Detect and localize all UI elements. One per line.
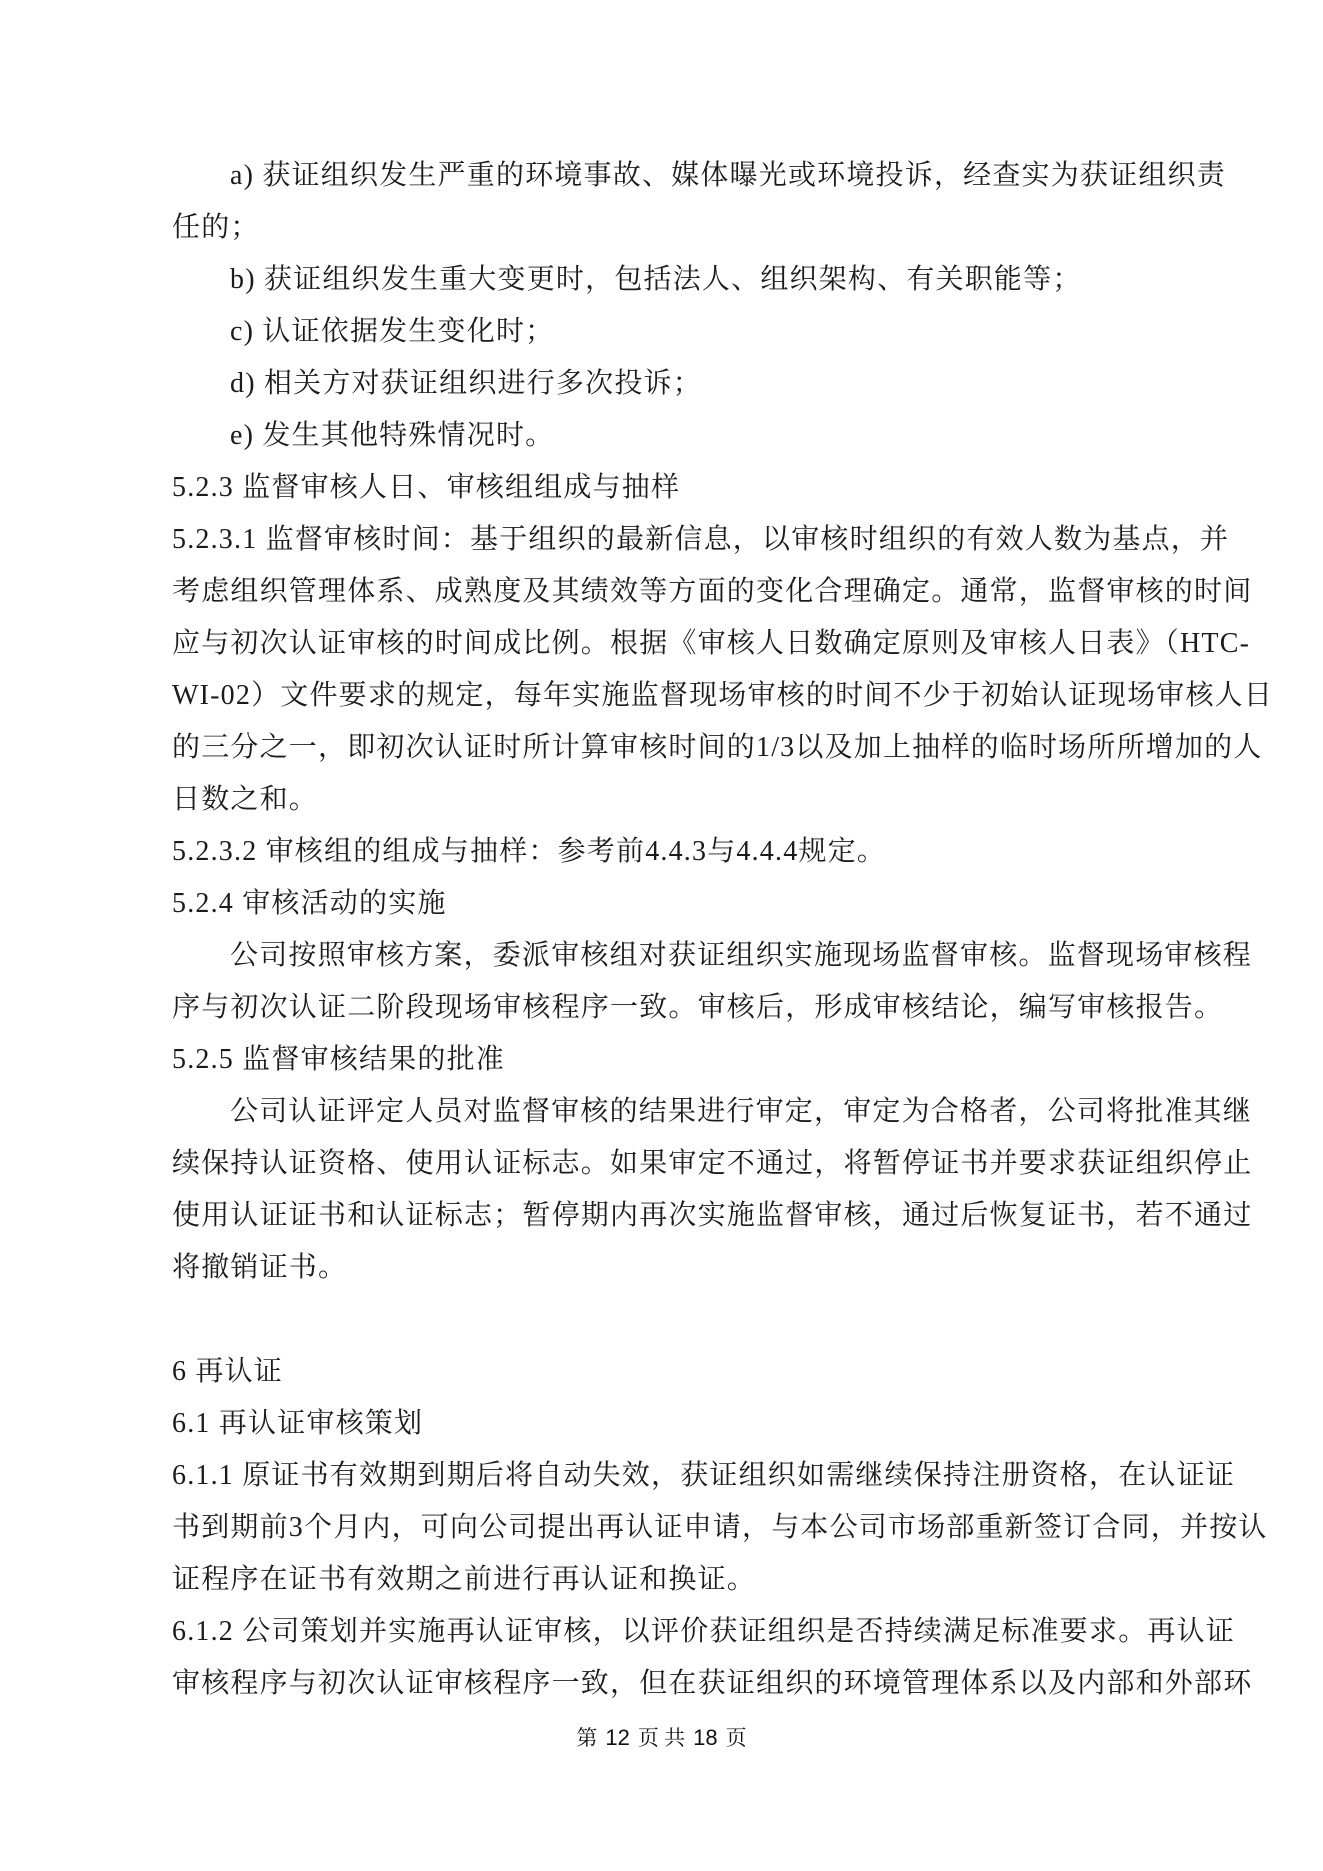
paragraph-5-2-3-1-line: 应与初次认证审核的时间成比例。根据《审核人日数确定原则及审核人日表》（HTC- [172,618,1232,670]
list-item-c: c) 认证依据发生变化时； [172,306,1232,358]
page-number: 12 [605,1725,629,1750]
paragraph-5-2-5-line: 将撤销证书。 [172,1242,1232,1294]
heading-6-1: 6.1 再认证审核策划 [172,1398,1232,1450]
list-item-e: e) 发生其他特殊情况时。 [172,410,1232,462]
paragraph-5-2-3-1-line: 考虑组织管理体系、成熟度及其绩效等方面的变化合理确定。通常，监督审核的时间 [172,566,1232,618]
paragraph-5-2-5-line: 续保持认证资格、使用认证标志。如果审定不通过，将暂停证书并要求获证组织停止 [172,1138,1232,1190]
paragraph-5-2-3-2: 5.2.3.2 审核组的组成与抽样：参考前4.4.3与4.4.4规定。 [172,826,1232,878]
paragraph-6-1-2-line: 6.1.2 公司策划并实施再认证审核，以评价获证组织是否持续满足标准要求。再认证 [172,1606,1232,1658]
paragraph-5-2-4-line: 序与初次认证二阶段现场审核程序一致。审核后，形成审核结论，编写审核报告。 [172,982,1232,1034]
document-body: a) 获证组织发生严重的环境事故、媒体曝光或环境投诉，经查实为获证组织责 任的；… [172,150,1232,1710]
paragraph-5-2-3-1-line: 5.2.3.1 监督审核时间：基于组织的最新信息，以审核时组织的有效人数为基点，… [172,514,1232,566]
document-page: a) 获证组织发生严重的环境事故、媒体曝光或环境投诉，经查实为获证组织责 任的；… [0,0,1323,1871]
paragraph-5-2-5-line: 使用认证证书和认证标志；暂停期内再次实施监督审核，通过后恢复证书，若不通过 [172,1190,1232,1242]
paragraph-6-1-1-line: 证程序在证书有效期之前进行再认证和换证。 [172,1554,1232,1606]
total-pages: 18 [693,1725,717,1750]
heading-5-2-4: 5.2.4 审核活动的实施 [172,878,1232,930]
paragraph-5-2-3-1-line: 的三分之一，即初次认证时所计算审核时间的1/3以及加上抽样的临时场所所增加的人 [172,722,1232,774]
paragraph-5-2-3-1-line: 日数之和。 [172,774,1232,826]
heading-5-2-3: 5.2.3 监督审核人日、审核组组成与抽样 [172,462,1232,514]
page-footer: 第12页 共18页 [0,1722,1323,1752]
footer-middle: 页 共 [638,1726,685,1750]
heading-6: 6 再认证 [172,1346,1232,1398]
list-item-a-continued: 任的； [172,202,1232,254]
blank-line [172,1294,1232,1346]
list-item-a: a) 获证组织发生严重的环境事故、媒体曝光或环境投诉，经查实为获证组织责 [172,150,1232,202]
paragraph-6-1-1-line: 6.1.1 原证书有效期到期后将自动失效，获证组织如需继续保持注册资格，在认证证 [172,1450,1232,1502]
paragraph-5-2-5-line: 公司认证评定人员对监督审核的结果进行审定，审定为合格者，公司将批准其继 [172,1086,1232,1138]
list-item-b: b) 获证组织发生重大变更时，包括法人、组织架构、有关职能等； [172,254,1232,306]
paragraph-6-1-2-line: 审核程序与初次认证审核程序一致，但在获证组织的环境管理体系以及内部和外部环 [172,1658,1232,1710]
footer-suffix: 页 [726,1726,747,1750]
footer-prefix: 第 [576,1726,597,1750]
paragraph-6-1-1-line: 书到期前3个月内，可向公司提出再认证申请，与本公司市场部重新签订合同，并按认 [172,1502,1232,1554]
heading-5-2-5: 5.2.5 监督审核结果的批准 [172,1034,1232,1086]
list-item-d: d) 相关方对获证组织进行多次投诉； [172,358,1232,410]
paragraph-5-2-3-1-line: WI-02）文件要求的规定，每年实施监督现场审核的时间不少于初始认证现场审核人日 [172,670,1232,722]
paragraph-5-2-4-line: 公司按照审核方案，委派审核组对获证组织实施现场监督审核。监督现场审核程 [172,930,1232,982]
